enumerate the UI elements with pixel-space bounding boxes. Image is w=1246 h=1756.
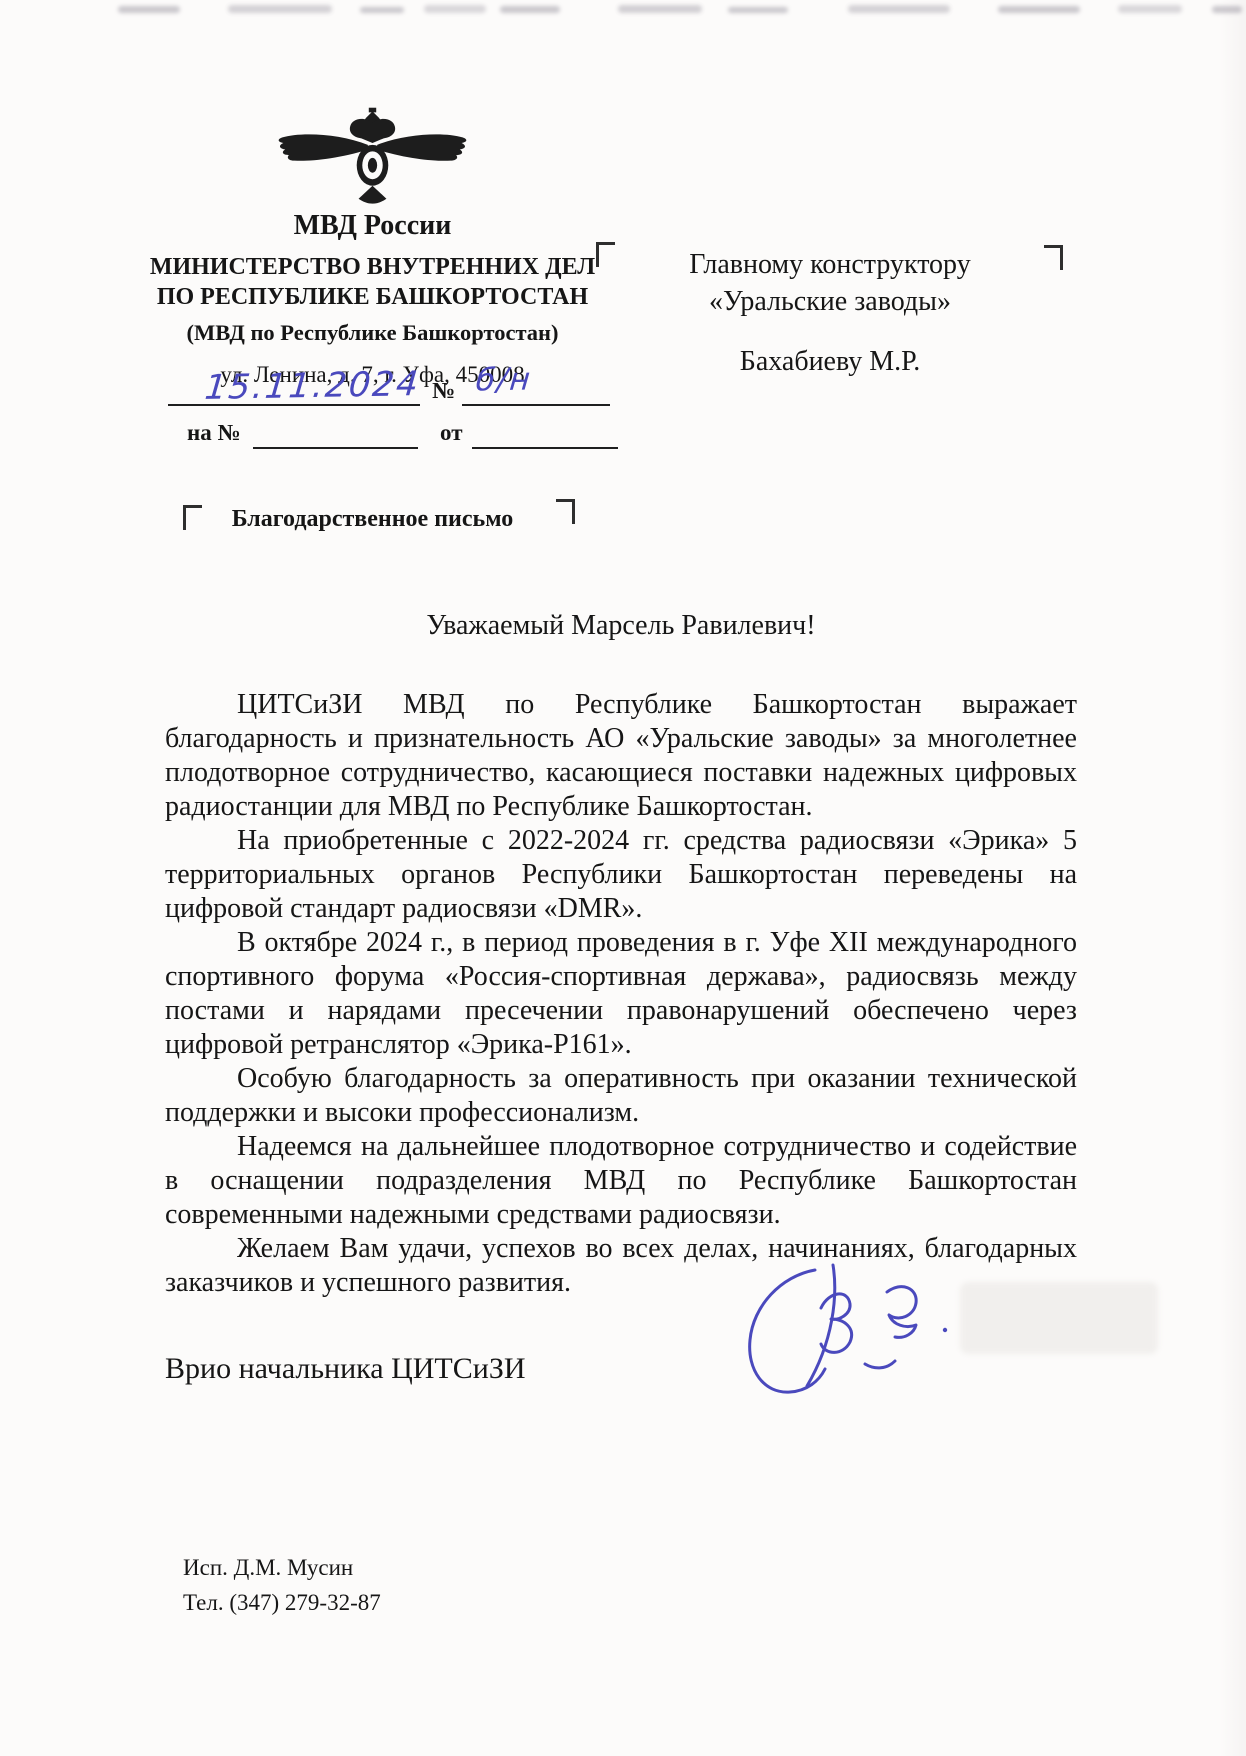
- handwritten-number: б/н: [474, 362, 533, 399]
- phone-line: Тел. (347) 279-32-87: [183, 1585, 381, 1620]
- greeting-line: Уважаемый Марсель Равилевич!: [165, 610, 1077, 642]
- number-sign-label: №: [432, 378, 455, 404]
- org-name-line1: МИНИСТЕРСТВО ВНУТРЕННИХ ДЕЛ: [140, 252, 605, 282]
- subject-corner-right: [556, 499, 575, 524]
- body-paragraph: Особую благодарность за оперативность пр…: [165, 1062, 1077, 1130]
- recipient-company: «Уральские заводы»: [620, 283, 1040, 320]
- org-name-line2: ПО РЕСПУБЛИКЕ БАШКОРТОСТАН: [140, 282, 605, 312]
- signer-title: Врио начальника ЦИТСиЗИ: [165, 1352, 526, 1386]
- number-line-rule: [462, 404, 610, 406]
- ot-rule: [472, 447, 618, 449]
- footer-block: Исп. Д.М. Мусин Тел. (347) 279-32-87: [183, 1550, 381, 1620]
- recipient-name: Бахабиеву М.Р.: [620, 346, 1040, 378]
- letter-body: Уважаемый Марсель Равилевич! ЦИТСиЗИ МВД…: [165, 610, 1077, 1300]
- letterhead-org-block: МВД России МИНИСТЕРСТВО ВНУТРЕННИХ ДЕЛ П…: [140, 210, 605, 388]
- recipient-corner-right: [1044, 245, 1063, 270]
- recipient-block: Главному конструктору «Уральские заводы»…: [620, 246, 1040, 378]
- recipient-corner-left: [596, 242, 615, 267]
- org-name-short: МВД России: [140, 210, 605, 242]
- body-paragraph: На приобретенные с 2022-2024 гг. средств…: [165, 824, 1077, 926]
- body-paragraph: Надеемся на дальнейшее плодотворное сотр…: [165, 1130, 1077, 1232]
- handwritten-signature: [735, 1262, 975, 1417]
- body-paragraph: В октябре 2024 г., в период проведения в…: [165, 926, 1077, 1062]
- scan-shade-patch: [960, 1282, 1158, 1354]
- na-no-label: на №: [187, 420, 241, 446]
- handwritten-date: 15.11.2024: [203, 364, 422, 408]
- subject-block: Благодарственное письмо: [140, 506, 605, 533]
- executor-line: Исп. Д.М. Мусин: [183, 1550, 381, 1585]
- subject-text: Благодарственное письмо: [140, 506, 605, 533]
- body-paragraph: ЦИТСиЗИ МВД по Республике Башкортостан в…: [165, 688, 1077, 824]
- scanned-letter-page: МВД России МИНИСТЕРСТВО ВНУТРЕННИХ ДЕЛ П…: [0, 0, 1246, 1756]
- org-name-abbrev: (МВД по Республике Башкортостан): [140, 320, 605, 346]
- recipient-position: Главному конструктору: [620, 246, 1040, 283]
- mvd-eagle-emblem-icon: [275, 106, 470, 206]
- ot-label: от: [440, 420, 463, 446]
- na-no-rule: [253, 447, 418, 449]
